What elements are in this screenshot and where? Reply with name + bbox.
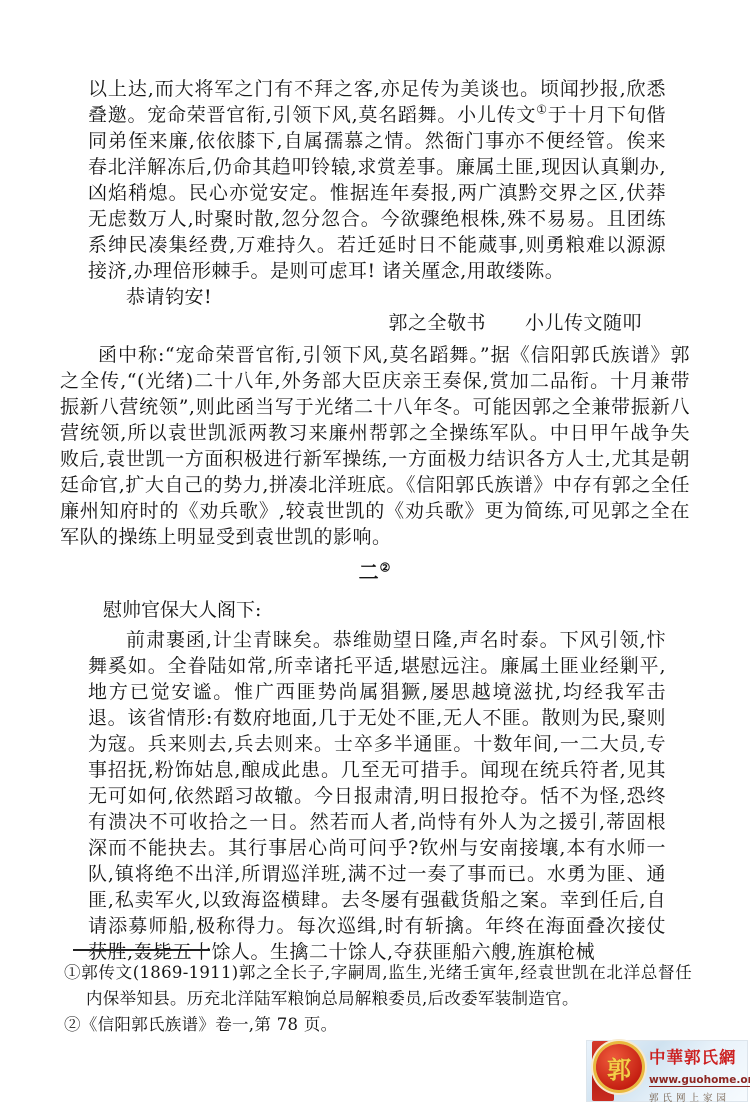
footnote-2-marker: ② (64, 1015, 81, 1034)
footnote-2-text: 《信阳郭氏族谱》卷一,第 78 页。 (81, 1015, 338, 1034)
letter1-paragraph: 以上达,而大将军之门有不拜之客,亦足传为美谈也。顷闻抄报,欣悉叠邀。宠命荣晋官衔… (88, 76, 666, 284)
logo-site-url: www.guohome.org (649, 1074, 750, 1087)
letter1-block: 以上达,而大将军之门有不拜之客,亦足传为美谈也。顷闻抄报,欣悉叠邀。宠命荣晋官衔… (88, 76, 666, 336)
logo-text-block: 中華郭氏網 www.guohome.org 郭氏网上家园 (649, 1044, 745, 1104)
footnote-1-reference: ① (536, 103, 548, 117)
footnote-1-text: 郭传文(1869-1911)郭之全长子,字嗣周,监生,光绪壬寅年,经袁世凯在北洋… (81, 963, 692, 1008)
footnotes-section: ①郭传文(1869-1911)郭之全长子,字嗣周,监生,光绪壬寅年,经袁世凯在北… (64, 960, 692, 1038)
section-2-header: 二② (0, 556, 750, 585)
letter1-signature: 郭之全敬书 小儿传文随叩 (88, 310, 666, 336)
scanned-document-page: 以上达,而大将军之门有不拜之客,亦足传为美谈也。顷闻抄报,欣悉叠邀。宠命荣晋官衔… (0, 0, 750, 1104)
guo-seal-icon: 郭 (596, 1044, 642, 1090)
footnote-separator-rule (73, 949, 210, 951)
letter1-closing: 恭请钧安! (88, 284, 666, 310)
logo-tagline: 郭氏网上家园 (649, 1090, 745, 1104)
footnote-2-reference: ② (380, 560, 392, 574)
footnote-1: ①郭传文(1869-1911)郭之全长子,字嗣周,监生,光绪壬寅年,经袁世凯在北… (64, 960, 692, 1012)
section-2-number: 二 (359, 560, 380, 584)
guohome-watermark-logo: 郭 中華郭氏網 www.guohome.org 郭氏网上家园 (586, 1040, 748, 1102)
commentary-paragraph: 函中称:“宠命荣晋官衔,引领下风,莫名蹈舞。”据《信阳郭氏族谱》郭之全传,“(光… (60, 342, 690, 550)
letter2-block: 前肃裹函,计尘青睐矣。恭维勋望日隆,声名时泰。下风引领,忭舞奚如。全眷陆如常,所… (88, 627, 666, 965)
logo-site-title: 中華郭氏網 (649, 1044, 745, 1068)
letter2-paragraph: 前肃裹函,计尘青睐矣。恭维勋望日隆,声名时泰。下风引领,忭舞奚如。全眷陆如常,所… (88, 627, 666, 965)
letter1-text-post: 于十月下旬偕同弟侄来廉,依依膝下,自属孺慕之情。然衙门事亦不便经管。俟来春北洋解… (88, 104, 666, 282)
footnote-2: ②《信阳郭氏族谱》卷一,第 78 页。 (64, 1012, 692, 1038)
footnote-1-marker: ① (64, 963, 81, 982)
seal-character: 郭 (607, 1050, 631, 1085)
letter2-salutation: 慰帅官保大人阁下: (103, 597, 261, 623)
